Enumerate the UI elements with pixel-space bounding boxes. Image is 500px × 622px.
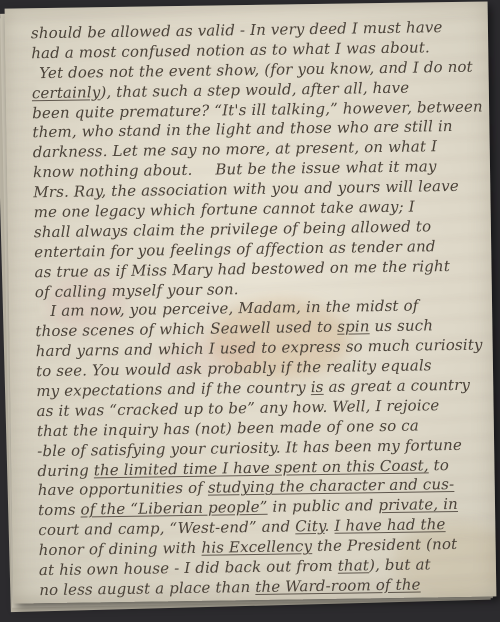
underlined-phrase: certainly xyxy=(32,83,101,102)
letter-text: court and camp, “West-end” and xyxy=(38,518,295,540)
letter-text: as great a country xyxy=(323,376,470,396)
letter-text: toms xyxy=(38,501,81,520)
letter-text: the President (not xyxy=(312,535,457,555)
letter-text: honor of dining with xyxy=(39,539,202,559)
letter-text: of calling myself your son. xyxy=(35,280,239,301)
letter-text: my expectations and if the country xyxy=(36,378,311,400)
underlined-phrase: his Excellency xyxy=(201,537,312,557)
underlined-phrase: spin xyxy=(337,318,370,336)
underlined-phrase: I have had the xyxy=(334,515,445,535)
letter-page: should be allowed as valid - In very dee… xyxy=(5,1,497,603)
letter-text: ), but at xyxy=(369,555,431,574)
letter-text: us such xyxy=(369,317,433,336)
letter-scan: should be allowed as valid - In very dee… xyxy=(0,0,500,622)
letter-text: during xyxy=(37,461,94,480)
underlined-phrase: that xyxy=(338,556,370,574)
letter-text: at his own house - I did back out from xyxy=(39,557,338,579)
letter-text: in public and xyxy=(267,497,378,517)
underlined-phrase: the Ward-room of the xyxy=(255,575,421,595)
letter-text: those scenes of which Seawell used to xyxy=(35,318,337,340)
underlined-phrase: of the “Liberian people” xyxy=(80,498,267,519)
letter-body: should be allowed as valid - In very dee… xyxy=(31,18,493,601)
letter-text: . xyxy=(324,517,334,535)
letter-text: to xyxy=(429,456,450,474)
letter-text: ), that such a step would, after all, ha… xyxy=(100,78,409,101)
underlined-phrase: private, in xyxy=(378,495,458,514)
underlined-phrase: the limited time I have spent on this Co… xyxy=(94,456,429,479)
letter-text: no less august a place than xyxy=(39,578,255,599)
underlined-phrase: studying the character and cus- xyxy=(208,475,455,497)
underlined-phrase: is xyxy=(311,378,324,396)
underlined-phrase: City xyxy=(295,517,325,535)
letter-text: have opportunities of xyxy=(38,479,208,500)
